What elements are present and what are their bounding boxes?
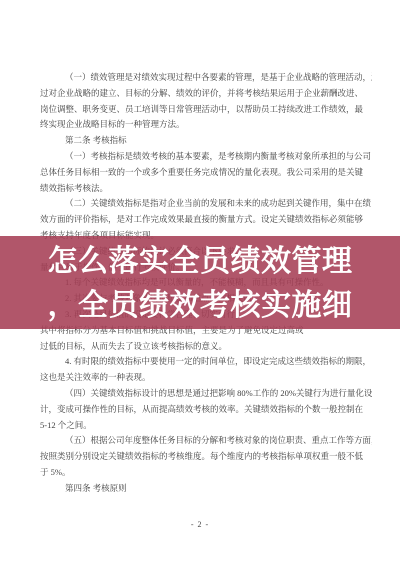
doc-text-line: 绩效指标考核法。	[40, 181, 372, 197]
doc-text-line: 于 5%。	[40, 465, 372, 481]
doc-text-line: 这也是关注效率的一种表现。	[40, 370, 372, 386]
doc-text-line: （一）考核指标是绩效考核的基本要素，是考核期内衡量考核对象所承担的与公司	[40, 149, 372, 165]
doc-text-line: 总体任务目标相一致的一个或多个重要任务完成情况的量化表现。我公司采用的是关键	[40, 165, 372, 181]
doc-text-line: 按照类别分别设定关键绩效指标的考核维度。每个维度内的考核指标单项权重一般不低	[40, 449, 372, 465]
promo-banner-overlay: 怎么落实全员绩效管理，全员绩效考核实施细	[0, 236, 400, 329]
banner-title-line: 怎么落实全员绩效管理	[48, 240, 353, 284]
doc-text-line: （五）根据公司年度整体任务目标的分解和考核对象的岗位职责、重点工作等方面，	[40, 433, 372, 449]
doc-text-line: 过低的目标，从而失去了设立该考核指标的意义。	[40, 339, 372, 355]
doc-text-line: 效方面的评价指标，是对工作完成效果最直接的衡量方式。设定关键绩效指标必须能够	[40, 212, 372, 228]
doc-text-line: 第二条 考核指标	[40, 133, 372, 149]
page-number: - 2 -	[0, 520, 400, 529]
doc-text-line: 过对企业战略的建立、目标的分解、绩效的评价，并将考核结果运用于企业薪酬改进、	[40, 86, 372, 102]
doc-text-line: 岗位调整、职务变更、员工培训等日常管理活动中，以帮助员工持续改进工作绩效，最	[40, 102, 372, 118]
doc-text-line: 第四条 考核原则	[40, 481, 372, 497]
doc-text-line: （四）关键绩效指标设计的思想是通过把影响 80%工作的 20%关键行为进行量化设	[40, 386, 372, 402]
doc-text-line: 计，变成可操作性的目标，从而提高绩效考核的效率。关键绩效指标的个数一般控制在	[40, 402, 372, 418]
doc-text-line: 5-12 个之间。	[40, 418, 372, 434]
doc-text-line: 终实现企业战略目标的一种管理方法。	[40, 117, 372, 133]
doc-text-line: （一）绩效管理是对绩效实现过程中各要素的管理，是基于企业战略的管理活动，通	[40, 70, 372, 86]
scanned-document-page: （一）绩效管理是对绩效实现过程中各要素的管理，是基于企业战略的管理活动，通过对企…	[0, 0, 400, 566]
doc-text-line: （二）关键绩效指标是指对企业当前的发展和未来的成功起到关键作用，集中在绩	[40, 196, 372, 212]
doc-text-line: 4. 有时限的绩效指标中要使用一定的时间单位，即设定完成这些绩效指标的期限，	[40, 354, 372, 370]
banner-title-line: ，全员绩效考核实施细	[48, 284, 353, 328]
